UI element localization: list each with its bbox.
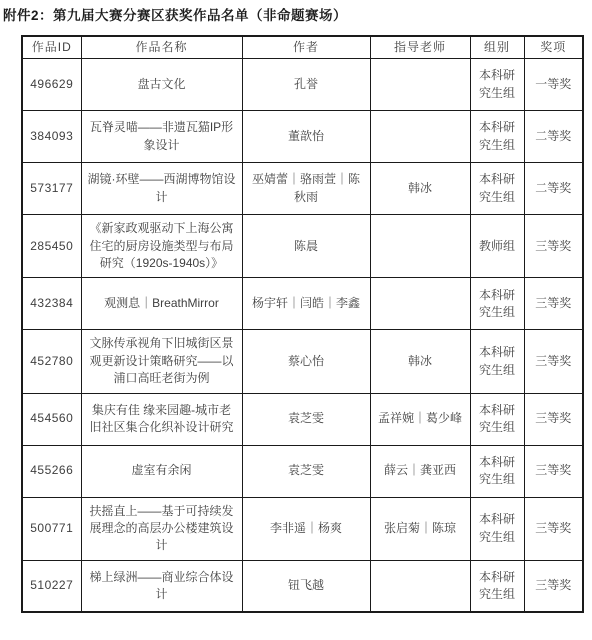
table-row: 500771 扶摇直上——基于可持续发展理念的高层办公楼建筑设计 李非遥｜杨爽 … <box>22 497 583 560</box>
cell-advisors <box>370 278 470 330</box>
cell-advisors <box>370 59 470 111</box>
cell-authors: 蔡心怡 <box>242 330 370 393</box>
cell-work-name: 观测息｜BreathMirror <box>81 278 242 330</box>
col-header-advisors: 指导老师 <box>370 36 470 59</box>
cell-work-id: 510227 <box>22 560 81 612</box>
cell-authors: 袁芝雯 <box>242 445 370 497</box>
table-row: 510227 梯上绿洲——商业综合体设计 钮飞越 本科研究生组 三等奖 <box>22 560 583 612</box>
cell-group: 本科研究生组 <box>470 278 524 330</box>
cell-advisors: 薛云｜龚亚西 <box>370 445 470 497</box>
cell-group: 本科研究生组 <box>470 111 524 163</box>
cell-advisors: 韩冰 <box>370 163 470 215</box>
cell-work-name: 扶摇直上——基于可持续发展理念的高层办公楼建筑设计 <box>81 497 242 560</box>
cell-work-name: 梯上绿洲——商业综合体设计 <box>81 560 242 612</box>
cell-work-name: 集庆有佳 缘来园趣-城市老旧社区集合化织补设计研究 <box>81 393 242 445</box>
cell-work-name: 湖镜·环壁——西湖博物馆设计 <box>81 163 242 215</box>
col-header-group: 组别 <box>470 36 524 59</box>
cell-authors: 杨宇轩｜闫皓｜李鑫 <box>242 278 370 330</box>
cell-group: 本科研究生组 <box>470 560 524 612</box>
cell-work-id: 285450 <box>22 215 81 278</box>
col-header-work-id: 作品ID <box>22 36 81 59</box>
cell-award: 三等奖 <box>524 445 583 497</box>
table-header-row: 作品ID 作品名称 作者 指导老师 组别 奖项 <box>22 36 583 59</box>
awards-table: 作品ID 作品名称 作者 指导老师 组别 奖项 496629 盘古文化 孔誉 本… <box>21 35 584 613</box>
cell-authors: 巫婧蕾｜骆雨萱｜陈秋雨 <box>242 163 370 215</box>
cell-work-id: 455266 <box>22 445 81 497</box>
cell-group: 本科研究生组 <box>470 330 524 393</box>
table-row: 384093 瓦脊灵喵——非遗瓦猫IP形象设计 董歆怡 本科研究生组 二等奖 <box>22 111 583 163</box>
cell-work-id: 432384 <box>22 278 81 330</box>
cell-advisors <box>370 560 470 612</box>
table-row: 455266 虚室有余闲 袁芝雯 薛云｜龚亚西 本科研究生组 三等奖 <box>22 445 583 497</box>
cell-award: 二等奖 <box>524 163 583 215</box>
table-row: 454560 集庆有佳 缘来园趣-城市老旧社区集合化织补设计研究 袁芝雯 孟祥婉… <box>22 393 583 445</box>
cell-authors: 钮飞越 <box>242 560 370 612</box>
cell-award: 一等奖 <box>524 59 583 111</box>
cell-work-name: 虚室有余闲 <box>81 445 242 497</box>
cell-group: 本科研究生组 <box>470 445 524 497</box>
cell-award: 三等奖 <box>524 330 583 393</box>
cell-advisors: 韩冰 <box>370 330 470 393</box>
col-header-work-name: 作品名称 <box>81 36 242 59</box>
cell-award: 三等奖 <box>524 393 583 445</box>
cell-award: 三等奖 <box>524 497 583 560</box>
cell-work-id: 454560 <box>22 393 81 445</box>
cell-work-name: 《新家政观驱动下上海公寓住宅的厨房设施类型与布局研究（1920s-1940s）》 <box>81 215 242 278</box>
cell-award: 三等奖 <box>524 215 583 278</box>
table-body: 496629 盘古文化 孔誉 本科研究生组 一等奖 384093 瓦脊灵喵——非… <box>22 59 583 613</box>
cell-advisors: 张启菊｜陈琼 <box>370 497 470 560</box>
cell-group: 本科研究生组 <box>470 393 524 445</box>
col-header-authors: 作者 <box>242 36 370 59</box>
col-header-award: 奖项 <box>524 36 583 59</box>
cell-work-name: 文脉传承视角下旧城街区景观更新设计策略研究——以浦口高旺老街为例 <box>81 330 242 393</box>
document-page: 附件2：第九届大赛分赛区获奖作品名单（非命题赛场） 作品ID 作品名称 作者 指… <box>0 0 592 640</box>
page-title: 附件2：第九届大赛分赛区获奖作品名单（非命题赛场） <box>0 5 592 35</box>
cell-group: 本科研究生组 <box>470 497 524 560</box>
cell-work-id: 573177 <box>22 163 81 215</box>
cell-award: 三等奖 <box>524 278 583 330</box>
table-row: 496629 盘古文化 孔誉 本科研究生组 一等奖 <box>22 59 583 111</box>
cell-authors: 孔誉 <box>242 59 370 111</box>
cell-advisors <box>370 111 470 163</box>
cell-work-id: 384093 <box>22 111 81 163</box>
cell-authors: 陈晨 <box>242 215 370 278</box>
cell-group: 本科研究生组 <box>470 59 524 111</box>
cell-authors: 袁芝雯 <box>242 393 370 445</box>
cell-advisors: 孟祥婉｜葛少峰 <box>370 393 470 445</box>
cell-work-id: 452780 <box>22 330 81 393</box>
table-row: 573177 湖镜·环壁——西湖博物馆设计 巫婧蕾｜骆雨萱｜陈秋雨 韩冰 本科研… <box>22 163 583 215</box>
cell-group: 教师组 <box>470 215 524 278</box>
cell-work-name: 盘古文化 <box>81 59 242 111</box>
cell-award: 三等奖 <box>524 560 583 612</box>
cell-authors: 董歆怡 <box>242 111 370 163</box>
table-row: 285450 《新家政观驱动下上海公寓住宅的厨房设施类型与布局研究（1920s-… <box>22 215 583 278</box>
cell-work-id: 496629 <box>22 59 81 111</box>
table-row: 432384 观测息｜BreathMirror 杨宇轩｜闫皓｜李鑫 本科研究生组… <box>22 278 583 330</box>
cell-work-name: 瓦脊灵喵——非遗瓦猫IP形象设计 <box>81 111 242 163</box>
cell-advisors <box>370 215 470 278</box>
cell-group: 本科研究生组 <box>470 163 524 215</box>
table-row: 452780 文脉传承视角下旧城街区景观更新设计策略研究——以浦口高旺老街为例 … <box>22 330 583 393</box>
cell-work-id: 500771 <box>22 497 81 560</box>
cell-authors: 李非遥｜杨爽 <box>242 497 370 560</box>
cell-award: 二等奖 <box>524 111 583 163</box>
